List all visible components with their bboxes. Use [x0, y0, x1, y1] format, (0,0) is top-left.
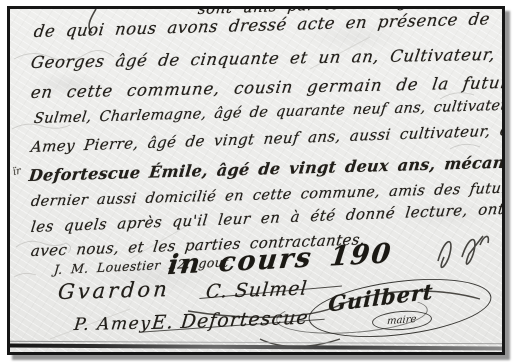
margin-pencil-mark: ïr [12, 166, 22, 178]
signature-gvardon: Gvardon [57, 277, 171, 304]
manuscript-line: en cette commune, cousin germain de la f… [30, 72, 502, 102]
signature-sulmel: C. Sulmel [205, 277, 309, 303]
manuscript-paper: sont unis par le mariage de quoi nous av… [10, 9, 502, 352]
manuscript-line: Georges âgé de cinquante et un an, Culti… [30, 44, 502, 72]
manuscript-line: Amey Pierre, âgé de vingt neuf ans, auss… [30, 121, 502, 156]
manuscript-line: Sulmel, Charlemagne, âgé de quarante neu… [33, 97, 502, 127]
mayor-title-label: maire [387, 314, 417, 327]
mayor-signature-block: Guilbert maire [306, 267, 502, 347]
scanned-document-page: sont unis par le mariage de quoi nous av… [0, 0, 513, 362]
manuscript-line: Defortescue Émile, âgé de vingt deux ans… [28, 150, 502, 185]
scan-frame: sont unis par le mariage de quoi nous av… [7, 6, 505, 355]
